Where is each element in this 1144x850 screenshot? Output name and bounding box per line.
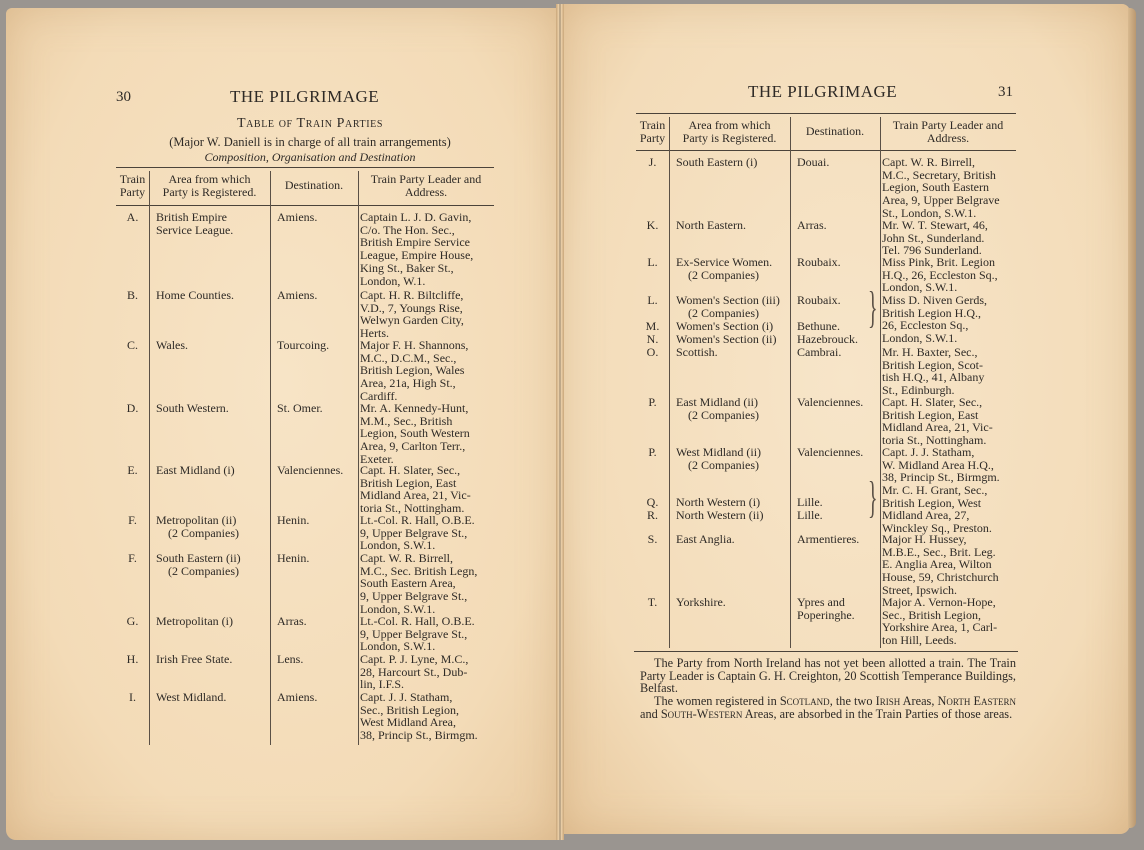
party-leader-address: Major F. H. Shannons,M.C., D.C.M., Sec.,… — [360, 339, 492, 403]
area-registered: Home Counties. — [156, 289, 269, 302]
train-party-letter: A. — [118, 211, 147, 224]
train-party-letter: H. — [118, 653, 147, 666]
table-rule-top — [116, 167, 494, 168]
shared-leader-address: Mr. C. H. Grant, Sec.,British Legion, We… — [882, 484, 1014, 535]
destination: Amiens. — [277, 691, 357, 704]
train-party-letter: L. — [638, 294, 667, 307]
destination: Arras. — [277, 615, 357, 628]
party-leader-address: Mr. W. T. Stewart, 46,John St., Sunderla… — [882, 219, 1014, 257]
party-leader-address: Miss Pink, Brit. LegionH.Q., 26, Ecclest… — [882, 256, 1014, 294]
destination: Hazebrouck. — [797, 333, 879, 346]
brace-icon: } — [868, 286, 878, 330]
book-gutter — [556, 4, 564, 840]
party-leader-address: Capt. H. Slater, Sec.,British Legion, Ea… — [360, 464, 492, 515]
destination: Douai. — [797, 156, 879, 169]
header-area: Area from whichParty is Registered. — [669, 119, 790, 144]
train-party-letter: R. — [638, 509, 667, 522]
column-divider — [790, 117, 791, 648]
table-caption: Composition, Organisation and Destinatio… — [110, 150, 510, 165]
party-leader-address: Capt. W. R. Birrell,M.C., Secretary, Bri… — [882, 156, 1014, 220]
brace-icon: } — [868, 476, 878, 520]
destination: Armentieres. — [797, 533, 879, 546]
running-head-left: THE PILGRIMAGE — [230, 87, 379, 107]
shared-leader-address: Miss D. Niven Gerds,British Legion H.Q.,… — [882, 294, 1014, 345]
train-party-letter: P. — [638, 396, 667, 409]
header-area: Area from whichParty is Registered. — [149, 173, 270, 198]
destination: Ypres andPoperinghe. — [797, 596, 879, 621]
area-registered: West Midland. — [156, 691, 269, 704]
party-leader-address: Capt. J. J. Statham,W. Midland Area H.Q.… — [882, 446, 1014, 484]
destination: Bethune. — [797, 320, 879, 333]
area-registered: South Western. — [156, 402, 269, 415]
header-leader: Train Party Leader andAddress. — [358, 173, 494, 198]
area-registered: North Western (ii) — [676, 509, 789, 522]
table-rule-top — [636, 113, 1016, 114]
area-registered: Irish Free State. — [156, 653, 269, 666]
area-registered: South Eastern (i) — [676, 156, 789, 169]
area-registered: North Western (i) — [676, 496, 789, 509]
destination: Valenciennes. — [797, 446, 879, 459]
area-registered: South Eastern (ii)(2 Companies) — [156, 552, 269, 577]
column-divider — [149, 171, 150, 745]
area-registered: Ex-Service Women.(2 Companies) — [676, 256, 789, 281]
train-party-letter: O. — [638, 346, 667, 359]
area-registered: Metropolitan (i) — [156, 615, 269, 628]
party-leader-address: Captain L. J. D. Gavin,C/o. The Hon. Sec… — [360, 211, 492, 287]
area-registered: British EmpireService League. — [156, 211, 269, 236]
destination: Valenciennes. — [797, 396, 879, 409]
table-rule-bottom — [634, 651, 1018, 652]
party-leader-address: Major A. Vernon-Hope,Sec., British Legio… — [882, 596, 1014, 647]
destination: St. Omer. — [277, 402, 357, 415]
destination: Lille. — [797, 509, 879, 522]
destination: Lens. — [277, 653, 357, 666]
header-destination: Destination. — [790, 125, 880, 138]
destination: Amiens. — [277, 211, 357, 224]
party-leader-address: Capt. J. J. Statham,Sec., British Legion… — [360, 691, 492, 742]
train-party-letter: I. — [118, 691, 147, 704]
train-party-letter: P. — [638, 446, 667, 459]
note-north-ireland: The Party from North Ireland has not yet… — [640, 657, 1016, 695]
destination: Roubaix. — [797, 256, 879, 269]
party-leader-address: Capt. H. R. Biltcliffe,V.D., 7, Youngs R… — [360, 289, 492, 340]
party-leader-address: Capt. H. Slater, Sec.,British Legion, Ea… — [882, 396, 1014, 447]
party-leader-address: Major H. Hussey,M.B.E., Sec., Brit. Leg.… — [882, 533, 1014, 597]
train-party-letter: F. — [118, 514, 147, 527]
party-leader-address: Mr. A. Kennedy-Hunt,M.M., Sec., BritishL… — [360, 402, 492, 466]
page-edge — [1128, 8, 1136, 828]
train-party-letter: T. — [638, 596, 667, 609]
train-party-letter: M. — [638, 320, 667, 333]
destination: Lille. — [797, 496, 879, 509]
train-party-letter: C. — [118, 339, 147, 352]
train-party-letter: J. — [638, 156, 667, 169]
party-leader-address: Lt.-Col. R. Hall, O.B.E.9, Upper Belgrav… — [360, 514, 492, 552]
train-party-letter: Q. — [638, 496, 667, 509]
note-women-registered: The women registered in Scotland, the tw… — [640, 695, 1016, 720]
area-registered: Wales. — [156, 339, 269, 352]
party-leader-address: Mr. H. Baxter, Sec.,British Legion, Scot… — [882, 346, 1014, 397]
train-party-letter: B. — [118, 289, 147, 302]
area-registered: Yorkshire. — [676, 596, 789, 609]
running-head-right: THE PILGRIMAGE — [748, 82, 897, 102]
train-party-letter: N. — [638, 333, 667, 346]
train-party-letter: K. — [638, 219, 667, 232]
party-leader-address: Capt. P. J. Lyne, M.C.,28, Harcourt St.,… — [360, 653, 492, 691]
area-registered: North Eastern. — [676, 219, 789, 232]
destination: Henin. — [277, 552, 357, 565]
train-party-letter: L. — [638, 256, 667, 269]
header-destination: Destination. — [270, 179, 358, 192]
area-registered: Women's Section (ii) — [676, 333, 789, 346]
area-registered: East Anglia. — [676, 533, 789, 546]
destination: Roubaix. — [797, 294, 879, 307]
page-number-right: 31 — [998, 84, 1013, 101]
area-registered: Metropolitan (ii)(2 Companies) — [156, 514, 269, 539]
train-party-letter: E. — [118, 464, 147, 477]
header-train-party: TrainParty — [116, 173, 149, 198]
train-party-letter: G. — [118, 615, 147, 628]
table-subtitle: (Major W. Daniell is in charge of all tr… — [110, 135, 510, 150]
column-divider — [880, 117, 881, 648]
destination: Cambrai. — [797, 346, 879, 359]
column-divider — [270, 171, 271, 745]
area-registered: East Midland (i) — [156, 464, 269, 477]
area-registered: East Midland (ii)(2 Companies) — [676, 396, 789, 421]
page-number-left: 30 — [116, 89, 131, 106]
destination: Amiens. — [277, 289, 357, 302]
footnotes: The Party from North Ireland has not yet… — [640, 657, 1016, 721]
column-divider — [358, 171, 359, 745]
header-train-party: TrainParty — [636, 119, 669, 144]
header-leader: Train Party Leader andAddress. — [880, 119, 1016, 144]
destination: Arras. — [797, 219, 879, 232]
destination: Valenciennes. — [277, 464, 357, 477]
party-leader-address: Lt.-Col. R. Hall, O.B.E.9, Upper Belgrav… — [360, 615, 492, 653]
destination: Henin. — [277, 514, 357, 527]
area-registered: Women's Section (iii)(2 Companies) — [676, 294, 789, 319]
area-registered: Scottish. — [676, 346, 789, 359]
train-party-letter: D. — [118, 402, 147, 415]
train-party-letter: S. — [638, 533, 667, 546]
area-registered: Women's Section (i) — [676, 320, 789, 333]
table-title: Table of Train Parties — [110, 116, 510, 132]
column-divider — [669, 117, 670, 648]
destination: Tourcoing. — [277, 339, 357, 352]
party-leader-address: Capt. W. R. Birrell,M.C., Sec. British L… — [360, 552, 492, 616]
area-registered: West Midland (ii)(2 Companies) — [676, 446, 789, 471]
train-party-letter: F. — [118, 552, 147, 565]
table-rule-header — [636, 150, 1016, 151]
table-rule-header — [116, 205, 494, 206]
